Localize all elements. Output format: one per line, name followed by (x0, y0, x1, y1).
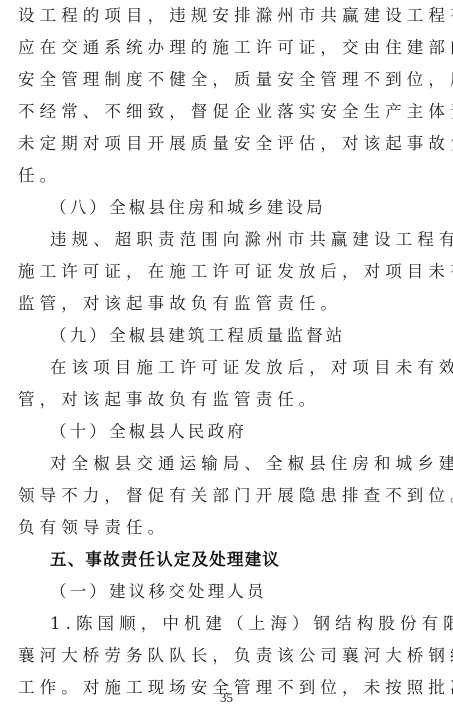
section-heading: 五、事故责任认定及处理建议 (50, 548, 453, 572)
body-text-line: 未定期对项目开展质量安全评估，对该起事故负有监管责 (18, 132, 438, 156)
body-text-line: 领导不力，督促有关部门开展隐患排查不到位。对该起事故 (18, 484, 438, 508)
document-page: 设工程的项目，违规安排滁州市共赢建设工程有限公司将本 应在交通系统办理的施工许可… (0, 0, 453, 706)
body-text-line: 负有领导责任。 (18, 516, 438, 540)
paragraph-first-line: 1.陈国顺，中机建（上海）钢结构股份有限公司全椒县 (50, 612, 453, 636)
section-subheading: （九）全椒县建筑工程质量监督站 (50, 324, 453, 348)
body-text-line: 施工许可证，在施工许可证发放后，对项目未有效开展安全 (18, 260, 438, 284)
section-subheading: （八）全椒县住房和城乡建设局 (50, 196, 453, 220)
body-text-line: 监管，对该起事故负有监管责任。 (18, 292, 438, 316)
body-text-line: 应在交通系统办理的施工许可证，交由住建部门办理；质量 (18, 36, 438, 60)
body-text-line: 襄河大桥劳务队队长，负责该公司襄河大桥钢结构安装全面 (18, 644, 438, 668)
paragraph-first-line: 违规、超职责范围向滁州市共赢建设工程有限公司发放 (50, 228, 453, 252)
body-text-line: 任。 (18, 164, 438, 188)
paragraph-first-line: 在该项目施工许可证发放后，对项目未有效开展安全监 (50, 356, 453, 380)
body-text-line: 安全管理制度不健全，质量安全管理不到位，质量安全检查 (18, 68, 438, 92)
page-number: 35 (0, 690, 453, 706)
section-subheading: （一）建议移交处理人员 (50, 580, 453, 604)
body-text-line: 不经常、不细致，督促企业落实安全生产主体责任不到位， (18, 100, 438, 124)
body-text-line: 管，对该起事故负有监管责任。 (18, 388, 438, 412)
section-subheading: （十）全椒县人民政府 (50, 420, 453, 444)
body-text-line: 设工程的项目，违规安排滁州市共赢建设工程有限公司将本 (18, 4, 438, 28)
paragraph-first-line: 对全椒县交通运输局、全椒县住房和城乡建设局等部门 (50, 452, 453, 476)
